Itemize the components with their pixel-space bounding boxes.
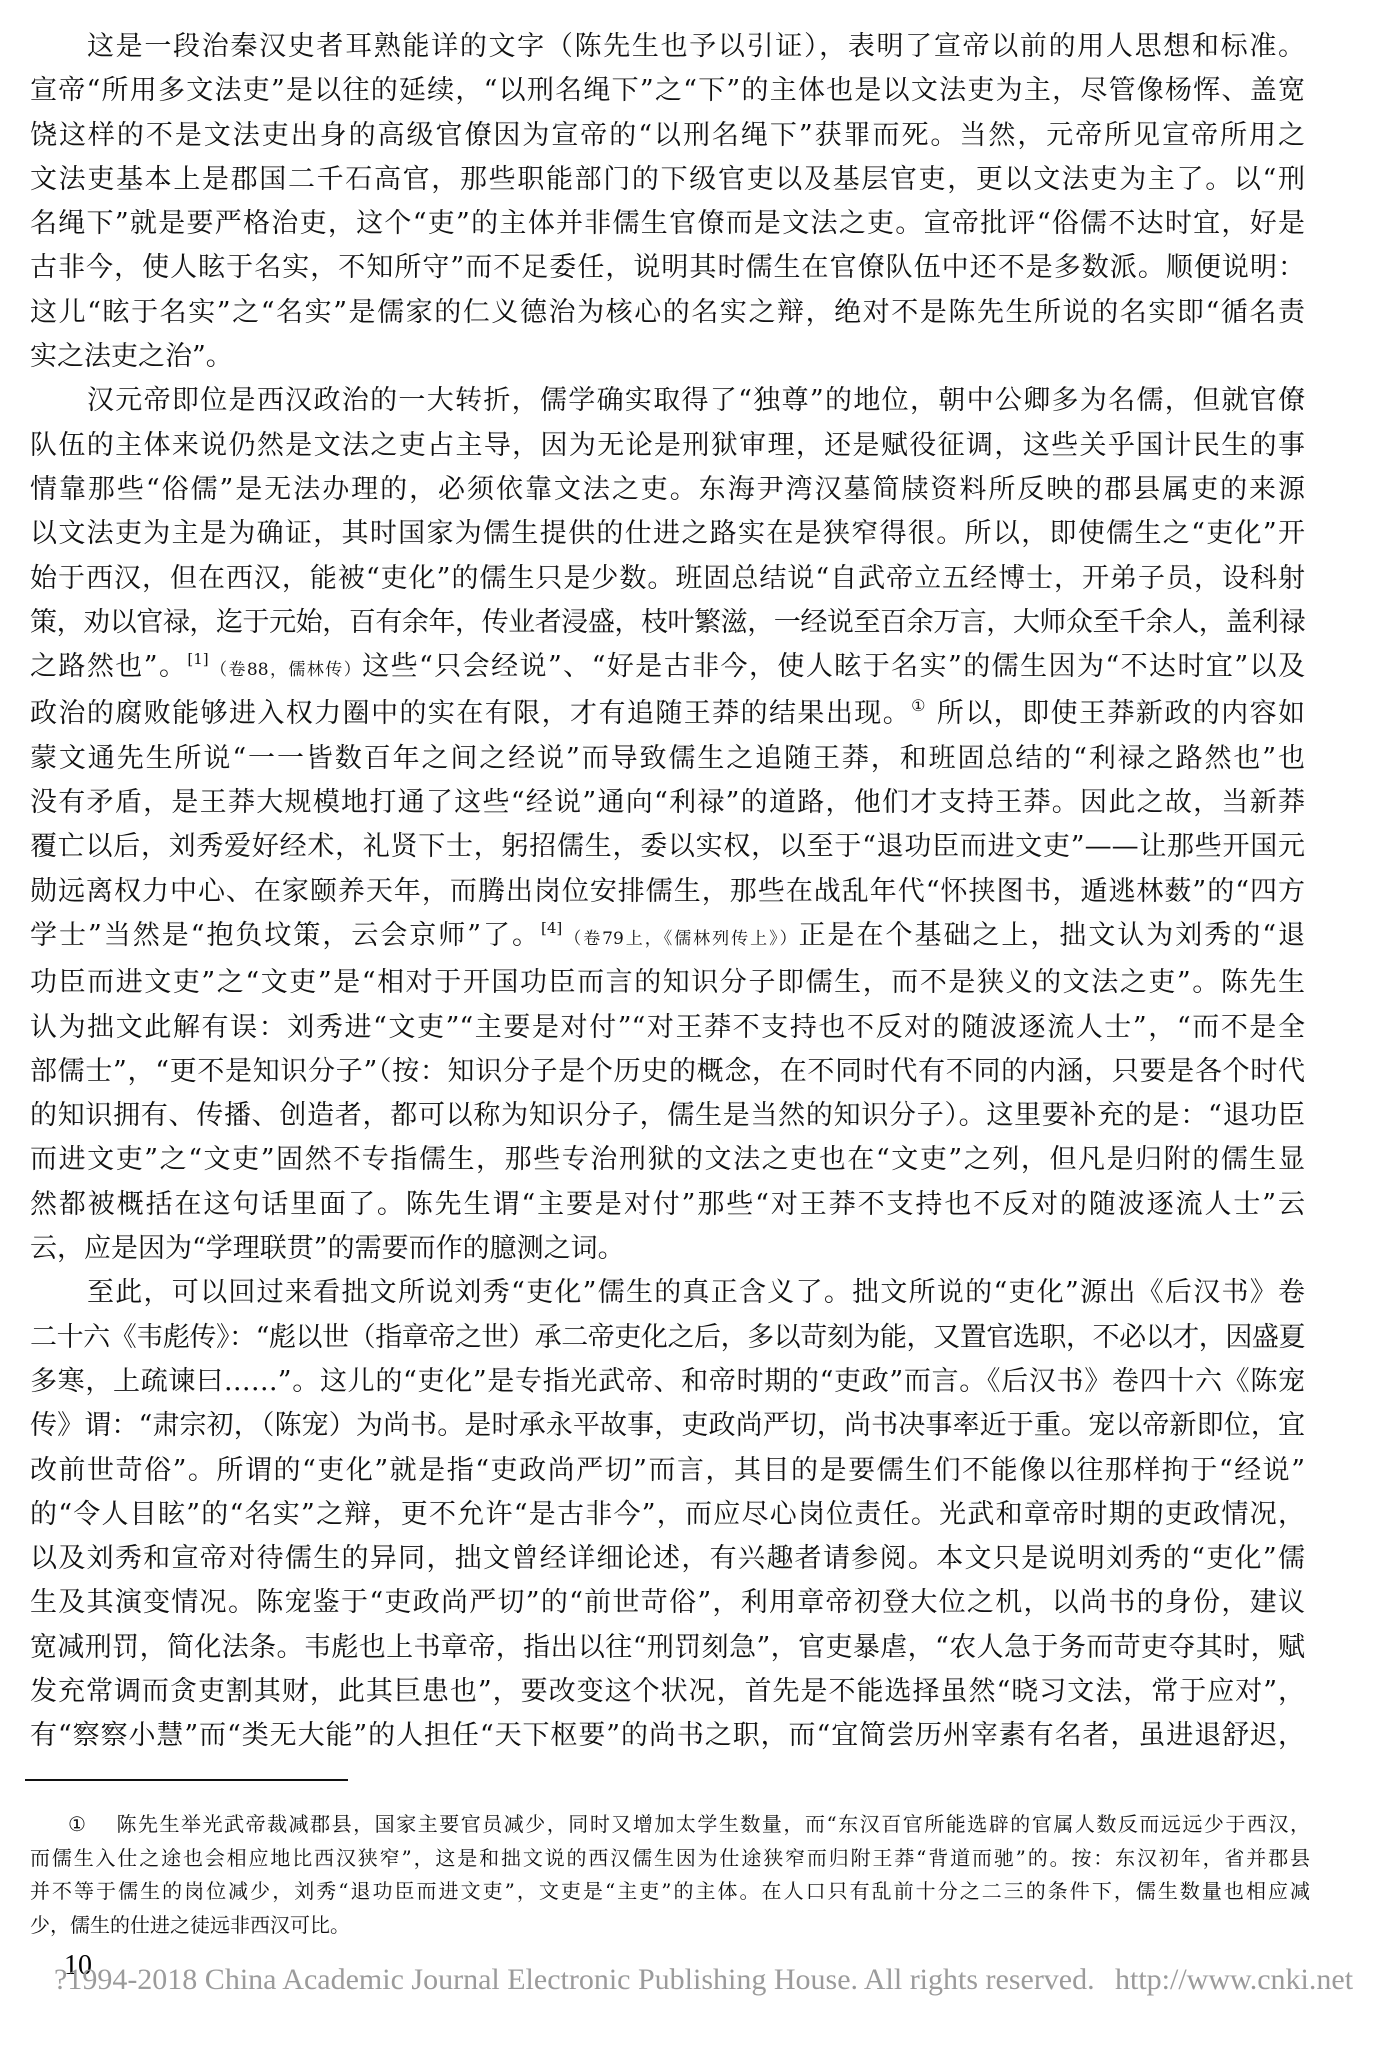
- line-text: 所以，即使王莽新政的内容如: [927, 698, 1305, 729]
- line-text: 这些“只会经说”、“好是古非今，使人眩于名实”的儒生因为“不达时宜”以及: [362, 651, 1305, 682]
- body-line: 汉元帝即位是西汉政治的一大转折，儒学确实取得了“独尊”的地位，朝中公卿多为名儒，…: [30, 379, 1305, 423]
- body-line: 名绳下”就是要严格治吏，这个“吏”的主体并非儒生官僚而是文法之吏。宣帝批评“俗儒…: [30, 202, 1305, 246]
- body-line: 勋远离权力中心、在家颐养天年，而腾出岗位安排儒生，那些在战乱年代“怀挟图书，遁逃…: [30, 870, 1305, 914]
- citation-ref: [1]: [187, 650, 208, 668]
- paragraph: 这是一段治秦汉史者耳熟能详的文字（陈先生也予以引证），表明了宣帝以前的用人思想和…: [30, 25, 1305, 379]
- body-line: 以及刘秀和宣帝对待儒生的异同，拙文曾经详细论述，有兴趣者请参阅。本文只是说明刘秀…: [30, 1537, 1305, 1581]
- body-line: 没有矛盾，是王莽大规模地打通了这些“经说”通向“利禄”的道路，他们才支持王莽。因…: [30, 781, 1305, 825]
- line-text: 学士”当然是“抱负坟策，云会京师”了。: [30, 920, 541, 951]
- publisher-url: http://www.cnki.net: [1115, 1963, 1353, 1997]
- body-line: 覆亡以后，刘秀爱好经术，礼贤下士，躬招儒生，委以实权，以至于“退功臣而进文吏”—…: [30, 825, 1305, 869]
- body-line: 的知识拥有、传播、创造者，都可以称为知识分子，儒生是当然的知识分子）。这里要补充…: [30, 1094, 1305, 1138]
- line-text: 之路然也”。: [30, 651, 187, 682]
- body-line: 队伍的主体来说仍然是文法之吏占主导，因为无论是刑狱审理，还是赋役征调，这些关乎国…: [30, 424, 1305, 468]
- body-line: 认为拙文此解有误：刘秀进“文吏”“主要是对付”“对王莽不支持也不反对的随波逐流人…: [30, 1006, 1305, 1050]
- footnote-text: 陈先生举光武帝裁减郡县，国家主要官员减少，同时又增加太学生数量，而“东汉百官所能…: [115, 1812, 1310, 1836]
- footnote-line: ①陈先生举光武帝裁减郡县，国家主要官员减少，同时又增加太学生数量，而“东汉百官所…: [30, 1808, 1310, 1842]
- body-line: 至此，可以回过来看拙文所说刘秀“吏化”儒生的真正含义了。拙文所说的“吏化”源出《…: [30, 1271, 1305, 1315]
- body-line: 部儒士”，“更不是知识分子”（按：知识分子是个历史的概念，在不同时代有不同的内涵…: [30, 1050, 1305, 1094]
- body-line: 宽减刑罚，简化法条。韦彪也上书章帝，指出以往“刑罚刻急”，官吏暴虐，“农人急于务…: [30, 1626, 1305, 1670]
- line-text: 正是在个基础之上，拙文认为刘秀的“退: [799, 920, 1305, 951]
- article-body: 这是一段治秦汉史者耳熟能详的文字（陈先生也予以引证），表明了宣帝以前的用人思想和…: [30, 25, 1305, 1759]
- body-line: 二十六《韦彪传》：“彪以世（指章帝之世）承二帝吏化之后，多以苛刻为能，又置官选职…: [30, 1316, 1305, 1360]
- footnote-line: 并不等于儒生的岗位减少，刘秀“退功臣而进文吏”，文吏是“主吏”的主体。在人口只有…: [30, 1875, 1310, 1909]
- body-line: 宣帝“所用多文法吏”是以往的延续，“以刑名绳下”之“下”的主体也是以文法吏为主，…: [30, 69, 1305, 113]
- body-line: 改前世苛俗”。所谓的“吏化”就是指“吏政尚严切”而言，其目的是要儒生们不能像以往…: [30, 1449, 1305, 1493]
- body-line: 功臣而进文吏”之“文吏”是“相对于开国功臣而言的知识分子即儒生，而不是狭义的文法…: [30, 961, 1305, 1005]
- body-line: 策，劝以官禄，迄于元始，百有余年，传业者浸盛，枝叶繁滋，一经说至百余万言，大师众…: [30, 601, 1305, 645]
- footnote-ref: ①: [911, 696, 927, 715]
- footnote-marker: ①: [68, 1808, 115, 1842]
- body-line: 之路然也”。[1]（卷88，儒林传）这些“只会经说”、“好是古非今，使人眩于名实…: [30, 645, 1305, 692]
- body-line: 云，应是因为“学理联贯”的需要而作的臆测之词。: [30, 1227, 1305, 1271]
- citation-ref: [4]: [541, 919, 562, 937]
- body-line: 文法吏基本上是郡国二千石高官，那些职能部门的下级官吏以及基层官吏，更以文法吏为主…: [30, 158, 1305, 202]
- body-line: 有“察察小慧”而“类无大能”的人担任“天下枢要”的尚书之职，而“宜简尝历州宰素有…: [30, 1714, 1305, 1758]
- body-line: 以文法吏为主是为确证，其时国家为儒生提供的仕进之路实在是狭窄得很。所以，即使儒生…: [30, 512, 1305, 556]
- line-text: 政治的腐败能够进入权力圈中的实在有限，才有追随王莽的结果出现。: [30, 698, 911, 729]
- body-line: 而进文吏”之“文吏”固然不专指儒生，那些专治刑狱的文法之吏也在“文吏”之列，但凡…: [30, 1138, 1305, 1182]
- body-line: 然都被概括在这句话里面了。陈先生谓“主要是对付”那些“对王莽不支持也不反对的随波…: [30, 1183, 1305, 1227]
- body-line: 实之法吏之治”。: [30, 335, 1305, 379]
- body-line: 发充常调而贪吏割其财，此其巨患也”，要改变这个状况，首先是不能选择虽然“晓习文法…: [30, 1670, 1305, 1714]
- footnote-line: 少，儒生的仕进之徒远非西汉可比。: [30, 1909, 1310, 1943]
- body-line: 这是一段治秦汉史者耳熟能详的文字（陈先生也予以引证），表明了宣帝以前的用人思想和…: [30, 25, 1305, 69]
- body-line: 政治的腐败能够进入权力圈中的实在有限，才有追随王莽的结果出现。① 所以，即使王莽…: [30, 692, 1305, 736]
- body-line: 多寒，上疏谏曰……”。这儿的“吏化”是专指光武帝、和帝时期的“吏政”而言。《后汉…: [30, 1360, 1305, 1404]
- footnote-divider: [25, 1779, 348, 1781]
- footnotes: ①陈先生举光武帝裁减郡县，国家主要官员减少，同时又增加太学生数量，而“东汉百官所…: [30, 1808, 1310, 1943]
- journal-page: 这是一段治秦汉史者耳熟能详的文字（陈先生也予以引证），表明了宣帝以前的用人思想和…: [0, 0, 1377, 2047]
- paragraph: 至此，可以回过来看拙文所说刘秀“吏化”儒生的真正含义了。拙文所说的“吏化”源出《…: [30, 1271, 1305, 1758]
- paragraph: 汉元帝即位是西汉政治的一大转折，儒学确实取得了“独尊”的地位，朝中公卿多为名儒，…: [30, 379, 1305, 1271]
- body-line: 古非今，使人眩于名实，不知所守”而不足委任，说明其时儒生在官僚队伍中还不是多数派…: [30, 246, 1305, 290]
- body-line: 生及其演变情况。陈宠鉴于“吏政尚严切”的“前世苛俗”，利用章帝初登大位之机，以尚…: [30, 1581, 1305, 1625]
- body-line: 的“令人目眩”的“名实”之辩，更不允许“是古非今”，而应尽心岗位责任。光武和章帝…: [30, 1493, 1305, 1537]
- copyright-text: ?1994-2018 China Academic Journal Electr…: [54, 1963, 1095, 1996]
- body-line: 蒙文通先生所说“一一皆数百年之间之经说”而导致儒生之追随王莽，和班固总结的“利禄…: [30, 737, 1305, 781]
- body-line: 情靠那些“俗儒”是无法办理的，必须依靠文法之吏。东海尹湾汉墓简牍资料所反映的郡县…: [30, 468, 1305, 512]
- copyright-footer: ?1994-2018 China Academic Journal Electr…: [54, 1963, 1364, 1997]
- citation-source: （卷88，儒林传）: [209, 660, 363, 680]
- body-line: 传》谓：“肃宗初，（陈宠）为尚书。是时承永平故事，吏政尚严切，尚书决事率近于重。…: [30, 1404, 1305, 1448]
- body-line: 始于西汉，但在西汉，能被“吏化”的儒生只是少数。班固总结说“自武帝立五经博士，开…: [30, 557, 1305, 601]
- body-line: 饶这样的不是文法吏出身的高级官僚因为宣帝的“以刑名绳下”获罪而死。当然，元帝所见…: [30, 114, 1305, 158]
- footnote-line: 而儒生入仕之途也会相应地比西汉狭窄”，这是和拙文说的西汉儒生因为仕途狭窄而归附王…: [30, 1842, 1310, 1876]
- citation-source: （卷79上，《儒林列传上》）: [562, 929, 798, 949]
- body-line: 学士”当然是“抱负坟策，云会京师”了。[4]（卷79上，《儒林列传上》）正是在个…: [30, 914, 1305, 961]
- body-line: 这儿“眩于名实”之“名实”是儒家的仁义德治为核心的名实之辩，绝对不是陈先生所说的…: [30, 291, 1305, 335]
